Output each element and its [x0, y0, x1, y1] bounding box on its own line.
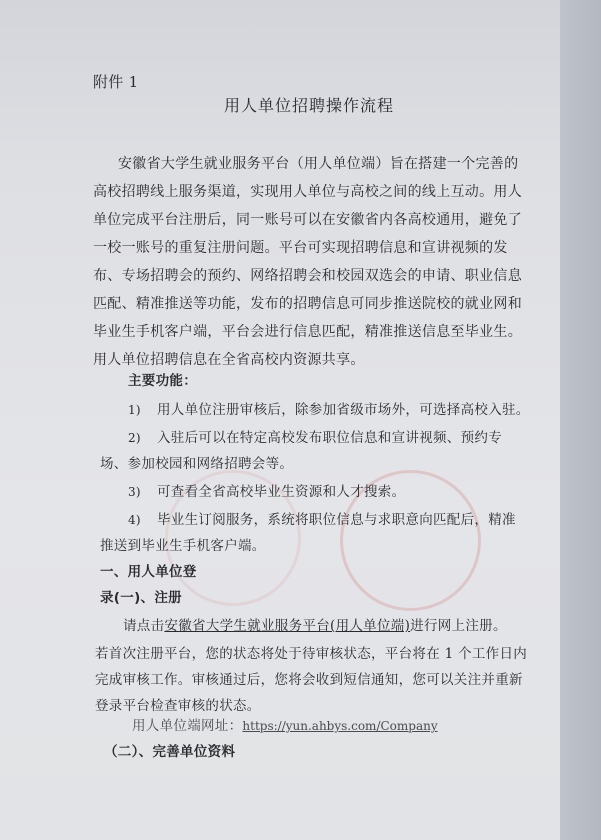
- register-paragraph-line: 请点击安徽省大学生就业服务平台(用人单位端)进行网上注册。: [123, 618, 507, 634]
- intro-line: 用人单位招聘信息在全省高校内资源共享。: [93, 352, 365, 368]
- page-edge-background: [560, 0, 601, 840]
- intro-line: 单位完成平台注册后，同一账号可以在安徽省内各高校通用，避免了: [93, 212, 522, 228]
- section-heading: 一、用人单位登: [100, 564, 197, 580]
- intro-line: 安徽省大学生就业服务平台（用人单位端）旨在搭建一个完善的: [118, 156, 518, 172]
- features-heading: 主要功能：: [128, 373, 197, 389]
- register-paragraph-line: 完成审核工作。审核通过后，您将会收到短信通知，您可以关注并重新: [95, 672, 523, 688]
- intro-line: 匹配、精准推送等功能，发布的招聘信息可同步推送院校的就业网和: [93, 296, 522, 312]
- feature-number: 4): [128, 512, 141, 528]
- feature-text: 可查看全省高校毕业生资源和人才搜索。: [157, 484, 405, 500]
- document-page: [0, 0, 560, 840]
- section-subheading: （二）、完善单位资料: [104, 744, 235, 760]
- feature-text: 用人单位注册审核后，除参加省级市场外，可选择高校入驻。: [157, 402, 530, 418]
- feature-text: 场、参加校园和网络招聘会等。: [100, 456, 293, 472]
- section-subheading: 录(一)、注册: [100, 590, 182, 606]
- feature-text: 入驻后可以在特定高校发布职位信息和宣讲视频、预约专: [157, 430, 502, 446]
- intro-line: 高校招聘线上服务渠道，实现用人单位与高校之间的线上互动。用人: [93, 184, 522, 200]
- document-title: 用人单位招聘操作流程: [224, 98, 394, 114]
- register-prefix: 请点击: [123, 618, 164, 634]
- intro-line: 一校一账号的重复注册问题。平台可实现招聘信息和宣讲视频的发: [93, 240, 508, 256]
- url-label: 用人单位端网址：: [132, 718, 242, 734]
- register-paragraph-line: 登录平台检查审核的状态。: [95, 698, 261, 714]
- intro-line: 毕业生手机客户端，平台会进行信息匹配，精准推送信息至毕业生。: [93, 324, 522, 340]
- feature-text: 毕业生订阅服务，系统将职位信息与求职意向匹配后，精准: [157, 512, 516, 528]
- intro-line: 布、专场招聘会的预约、网络招聘会和校园双选会的申请、职业信息: [93, 268, 522, 284]
- feature-number: 3): [128, 484, 141, 500]
- register-suffix: 进行网上注册。: [410, 618, 507, 634]
- attachment-label: 附件 1: [93, 74, 139, 90]
- register-paragraph-line: 若首次注册平台，您的状态将处于待审核状态，平台将在 1 个工作日内: [95, 646, 527, 662]
- feature-number: 1): [128, 402, 141, 418]
- feature-number: 2): [128, 430, 141, 446]
- platform-link[interactable]: 安徽省大学生就业服务平台(用人单位端): [164, 618, 410, 634]
- feature-text: 推送到毕业生手机客户端。: [100, 538, 266, 554]
- url-row: 用人单位端网址：https://yun.ahbys.com/Company: [132, 718, 438, 734]
- company-url-link[interactable]: https://yun.ahbys.com/Company: [242, 719, 437, 733]
